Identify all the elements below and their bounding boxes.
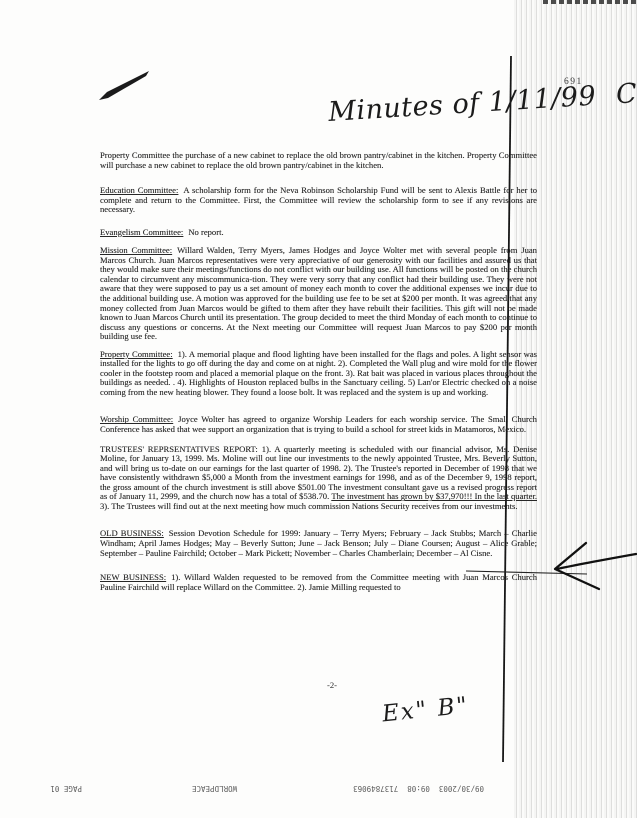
- handwritten-copy-text: Copy: [615, 75, 637, 110]
- fax-time: 09:08: [407, 784, 430, 793]
- paragraph-body: No report.: [188, 227, 223, 237]
- paragraph-trustees-report: TRUSTEES' REPRSENTATIVES REPORT:1). A qu…: [100, 445, 537, 512]
- footer-page-number: -2-: [327, 680, 337, 690]
- section-heading: Education Committee:: [100, 185, 183, 195]
- document-body: Property Committee the purchase of a new…: [100, 151, 537, 592]
- scan-edge-speckle: [543, 0, 637, 4]
- section-heading: OLD BUSINESS:: [100, 528, 169, 538]
- fax-date: 09/30/2003: [439, 784, 484, 793]
- section-heading: Evangelism Committee:: [100, 227, 188, 237]
- fax-header-line: 09/30/2003 09:08 7137849063 WORLDPEACE P…: [36, 782, 484, 795]
- paragraph-body: 3). The Trustees will find out at the ne…: [100, 501, 518, 511]
- fax-phone-number: 7137849063: [353, 784, 398, 793]
- fax-page-label: PAGE 01: [50, 784, 82, 793]
- underlined-investment-note: The investment has grown by $37,970!!! I…: [331, 491, 537, 501]
- handwritten-exhibit-label: Ex" B": [381, 693, 470, 728]
- paragraph-old-business: OLD BUSINESS:Session Devotion Schedule f…: [100, 529, 537, 558]
- paragraph-body: Property Committee the purchase of a new…: [100, 150, 537, 170]
- section-heading: Property Committee:: [100, 349, 178, 359]
- section-heading: Mission Committee:: [100, 245, 177, 255]
- pen-streak-mark: [99, 71, 149, 100]
- paragraph-property-purchase: Property Committee the purchase of a new…: [100, 151, 537, 170]
- section-heading: NEW BUSINESS:: [100, 572, 171, 582]
- paragraph-evangelism-committee: Evangelism Committee:No report.: [100, 228, 537, 238]
- section-heading-caps: TRUSTEES' REPRSENTATIVES REPORT:: [100, 444, 262, 454]
- paragraph-body: Willard Walden, Terry Myers, James Hodge…: [100, 245, 537, 341]
- fax-sender-name: WORLDPEACE: [192, 784, 237, 793]
- section-heading: Worship Committee:: [100, 414, 178, 424]
- paragraph-education-committee: Education Committee:A scholarship form f…: [100, 186, 537, 215]
- paragraph-property-committee: Property Committee:1). A memorial plaque…: [100, 350, 537, 398]
- paragraph-new-business: NEW BUSINESS:1). Willard Walden requeste…: [100, 573, 537, 592]
- paragraph-mission-committee: Mission Committee:Willard Walden, Terry …: [100, 246, 537, 341]
- paragraph-worship-committee: Worship Committee:Joyce Wolter has agree…: [100, 415, 537, 434]
